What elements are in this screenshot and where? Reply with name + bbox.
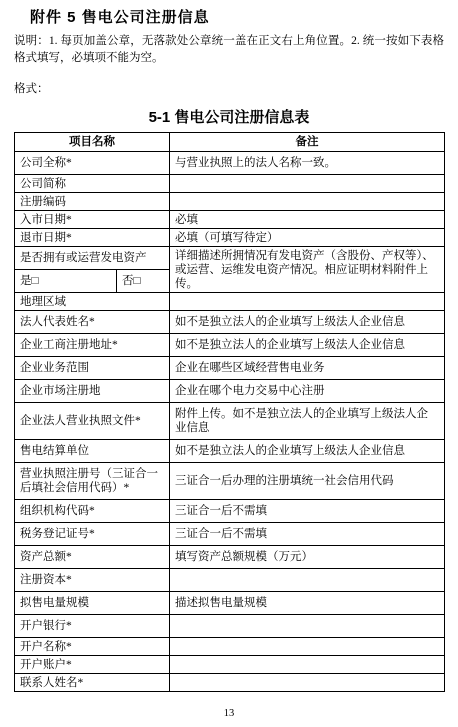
note-cell — [170, 615, 445, 638]
item-cell: 开户名称* — [15, 638, 170, 656]
item-cell: 是否拥有或运营发电资产 — [15, 247, 170, 270]
item-cell: 公司全称* — [15, 152, 170, 175]
table-row: 企业市场注册地企业在哪个电力交易中心注册 — [15, 380, 445, 403]
item-cell: 地理区域 — [15, 293, 170, 311]
item-cell: 资产总额* — [15, 546, 170, 569]
item-cell: 组织机构代码* — [15, 500, 170, 523]
item-cell: 营业执照注册号（三证合一后填社会信用代码）* — [15, 463, 170, 500]
item-cell: 公司简称 — [15, 175, 170, 193]
item-cell: 企业法人营业执照文件* — [15, 403, 170, 440]
item-cell: 企业业务范围 — [15, 357, 170, 380]
table-row: 退市日期*必填（可填写待定） — [15, 229, 445, 247]
note-cell — [170, 293, 445, 311]
document-page: 附件 5 售电公司注册信息 说明：1. 每页加盖公章，无落款处公章统一盖在正文右… — [0, 0, 458, 727]
table-row: 联系人姓名* — [15, 674, 445, 692]
note-cell — [170, 638, 445, 656]
note-cell: 三证合一后不需填 — [170, 523, 445, 546]
note-cell: 必填（可填写待定） — [170, 229, 445, 247]
table-row: 企业业务范围企业在哪些区域经营售电业务 — [15, 357, 445, 380]
item-cell: 企业市场注册地 — [15, 380, 170, 403]
table-title: 5-1 售电公司注册信息表 — [14, 109, 444, 127]
table-row: 入市日期*必填 — [15, 211, 445, 229]
note-cell: 必填 — [170, 211, 445, 229]
table-row: 公司全称*与营业执照上的法人名称一致。 — [15, 152, 445, 175]
note-cell: 企业在哪些区域经营售电业务 — [170, 357, 445, 380]
item-cell: 拟售电量规模 — [15, 592, 170, 615]
item-cell: 企业工商注册地址* — [15, 334, 170, 357]
table-row: 组织机构代码*三证合一后不需填 — [15, 500, 445, 523]
table-row: 企业工商注册地址*如不是独立法人的企业填写上级法人企业信息 — [15, 334, 445, 357]
table-row: 公司简称 — [15, 175, 445, 193]
table-row: 注册编码 — [15, 193, 445, 211]
table-row: 开户银行* — [15, 615, 445, 638]
note-cell — [170, 193, 445, 211]
format-label: 格式： — [14, 82, 444, 97]
note-cell: 三证合一后办理的注册填统一社会信用代码 — [170, 463, 445, 500]
item-cell: 法人代表姓名* — [15, 311, 170, 334]
item-cell: 开户银行* — [15, 615, 170, 638]
note-cell: 描述拟售电量规模 — [170, 592, 445, 615]
table-row: 资产总额*填写资产总额规模（万元） — [15, 546, 445, 569]
registration-table-body: 项目名称 备注 公司全称*与营业执照上的法人名称一致。公司简称注册编码入市日期*… — [15, 133, 445, 692]
instructions-text: 说明：1. 每页加盖公章，无落款处公章统一盖在正文右上角位置。2. 统一按如下表… — [14, 33, 444, 66]
note-cell: 与营业执照上的法人名称一致。 — [170, 152, 445, 175]
table-row: 是否拥有或运营发电资产详细描述所拥情况有发电资产（含股份、产权等）、或运营、运维… — [15, 247, 445, 270]
yes-checkbox-cell: 是□ — [15, 270, 117, 293]
page-number: 13 — [0, 708, 458, 719]
note-cell: 企业在哪个电力交易中心注册 — [170, 380, 445, 403]
note-cell: 附件上传。如不是独立法人的企业填写上级法人企业信息 — [170, 403, 445, 440]
item-cell: 注册编码 — [15, 193, 170, 211]
column-header-note: 备注 — [170, 133, 445, 152]
table-row: 地理区域 — [15, 293, 445, 311]
item-cell: 税务登记证号* — [15, 523, 170, 546]
note-cell: 如不是独立法人的企业填写上级法人企业信息 — [170, 334, 445, 357]
table-row: 税务登记证号*三证合一后不需填 — [15, 523, 445, 546]
document-title: 附件 5 售电公司注册信息 — [30, 8, 444, 27]
no-checkbox-cell: 否□ — [117, 270, 170, 293]
note-cell — [170, 674, 445, 692]
note-cell: 三证合一后不需填 — [170, 500, 445, 523]
item-cell: 入市日期* — [15, 211, 170, 229]
table-row: 拟售电量规模描述拟售电量规模 — [15, 592, 445, 615]
note-cell: 如不是独立法人的企业填写上级法人企业信息 — [170, 311, 445, 334]
note-cell: 详细描述所拥情况有发电资产（含股份、产权等）、或运营、运维发电资产情况。相应证明… — [170, 247, 445, 293]
item-cell: 注册资本* — [15, 569, 170, 592]
item-cell: 开户账户* — [15, 656, 170, 674]
note-cell: 填写资产总额规模（万元） — [170, 546, 445, 569]
item-cell: 联系人姓名* — [15, 674, 170, 692]
table-row: 营业执照注册号（三证合一后填社会信用代码）*三证合一后办理的注册填统一社会信用代… — [15, 463, 445, 500]
item-cell: 退市日期* — [15, 229, 170, 247]
table-row: 注册资本* — [15, 569, 445, 592]
note-cell: 如不是独立法人的企业填写上级法人企业信息 — [170, 440, 445, 463]
table-row: 开户名称* — [15, 638, 445, 656]
registration-table: 项目名称 备注 公司全称*与营业执照上的法人名称一致。公司简称注册编码入市日期*… — [14, 132, 445, 692]
note-cell — [170, 569, 445, 592]
table-row: 法人代表姓名*如不是独立法人的企业填写上级法人企业信息 — [15, 311, 445, 334]
note-cell — [170, 175, 445, 193]
item-cell: 售电结算单位 — [15, 440, 170, 463]
table-row: 售电结算单位如不是独立法人的企业填写上级法人企业信息 — [15, 440, 445, 463]
table-row: 开户账户* — [15, 656, 445, 674]
table-row: 企业法人营业执照文件*附件上传。如不是独立法人的企业填写上级法人企业信息 — [15, 403, 445, 440]
column-header-item: 项目名称 — [15, 133, 170, 152]
note-cell — [170, 656, 445, 674]
table-header-row: 项目名称 备注 — [15, 133, 445, 152]
